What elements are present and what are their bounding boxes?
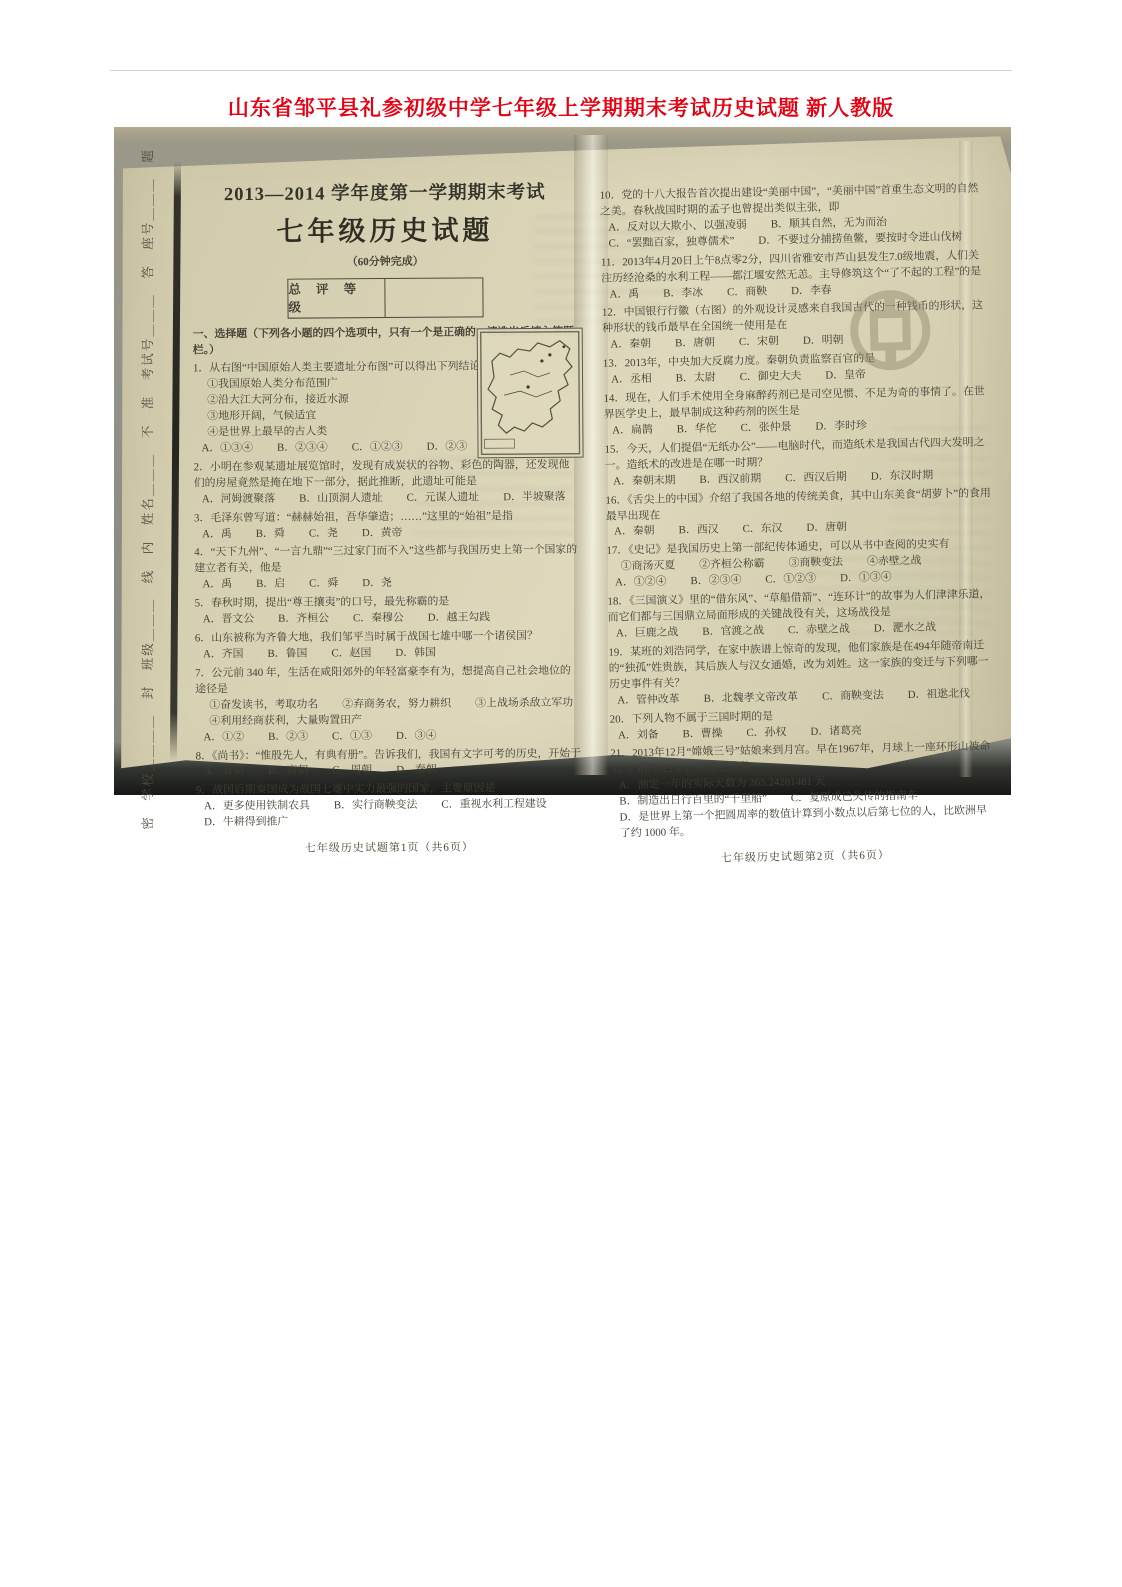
question-option: C．尧 (309, 526, 338, 542)
page2-footer: 七年级历史试题第2页（共6页） (612, 845, 998, 868)
question-option: B．唐朝 (675, 336, 715, 353)
question-option: B．商朝 (268, 764, 308, 780)
question-options: A．禹B．启C．舜D．尧 (194, 575, 580, 594)
question-option: C．商鞅 (727, 284, 767, 301)
question-option: B．鲁国 (267, 647, 307, 663)
china-map-figure (477, 328, 584, 459)
question-option: D．祖逖北伐 (908, 686, 971, 703)
question: 8．《尚书》：“惟殷先人，有典有册”。告诉我们，我国有文字可考的历史，开始于A．… (196, 746, 582, 781)
question-option: A．禹 (202, 527, 232, 543)
question-option: B．太尉 (676, 371, 716, 388)
page-1: 2013—2014 学年度第一学期期末考试 七年级历史试题 （60分钟完成） 总… (192, 180, 583, 858)
question-option: B．②③ (268, 729, 308, 745)
question: 2．小明在参观某遗址展览馆时，发现有成炭状的谷物、彩色的陶器，还发现他们的房屋竟… (194, 457, 580, 507)
question-option: D．东汉时期 (871, 468, 934, 485)
question-option: D．牛耕得到推广 (204, 815, 288, 832)
question-option: C．秦穆公 (353, 611, 404, 627)
question-subitem: ③上战场杀敌立军功 (475, 695, 573, 712)
question-option: A．河姆渡聚落 (202, 491, 275, 507)
question-option: D．越王勾践 (428, 610, 490, 626)
question: 18．《三国演义》里的“借东风”、“草船借箭”、“连环计”的故事为人们津津乐道，… (607, 587, 994, 642)
question-options: A．河姆渡聚落B．山顶洞人遗址C．元谋人遗址D．半坡聚落 (194, 489, 580, 508)
question-option: A．①② (203, 730, 244, 746)
question-option: C．孙权 (746, 725, 786, 742)
question-option: C．①②③ (352, 440, 403, 456)
question-option: A．①③④ (201, 441, 253, 457)
question-option: A．管仲改革 (617, 692, 680, 709)
question-option: D．淝水之战 (874, 620, 937, 637)
question: 20．下列人物不属于三国时期的是A．刘备B．曹操C．孙权D．诸葛亮 (610, 705, 997, 744)
time-limit-note: （60分钟完成） (192, 253, 578, 272)
question-option: D．李时珍 (815, 419, 867, 436)
question-option: D．③④ (396, 728, 437, 744)
question: 6．山东被称为齐鲁大地，我们邹平当时属于战国七雄中哪一个诸侯国？A．齐国B．鲁国… (195, 629, 581, 664)
question: 16．《舌尖上的中国》介绍了我国各地的传统美食，其中山东美食“胡萝卜”的食用最早… (605, 486, 992, 541)
question-option: C．①②③ (765, 572, 816, 589)
question: 19．某班的刘浩同学，在家中族谱上惊奇的发现，他们家族是在494年随帝南迁的“独… (608, 638, 995, 709)
question-option: A．秦朝 (610, 337, 651, 354)
question-option: C．宋朝 (739, 335, 779, 352)
question-option: B．齐桓公 (278, 612, 329, 628)
question-subitem: ④赤壁之战 (867, 554, 922, 571)
question-text: 8．《尚书》：“惟殷先人，有典有册”。告诉我们，我国有文字可考的历史，开始于 (196, 746, 582, 765)
question-subitem: ②弃商务农，努力耕织 (342, 696, 451, 713)
question-subitem: ②齐桓公称霸 (699, 557, 765, 574)
china-map-icon (480, 331, 581, 456)
question-option: B．舜 (256, 526, 285, 542)
question-option: C．“罢黜百家，独尊儒术” (608, 234, 734, 252)
question-option: A．丞相 (611, 372, 652, 389)
question-option: B．西汉前期 (699, 471, 761, 488)
question-subitem: ③商鞅变法 (788, 555, 843, 572)
question-option: A．夏朝 (204, 764, 245, 780)
question-options: A．齐国B．鲁国C．赵国D．韩国 (195, 645, 581, 664)
question-text: 19．某班的刘浩同学，在家中族谱上惊奇的发现，他们家族是在494年随帝南迁的“独… (608, 638, 995, 693)
question-option: B．西汉 (679, 523, 719, 540)
question-options: A．更多使用铁制农具B．实行商鞅变法C．重视水利工程建设D．牛耕得到推广 (196, 797, 582, 832)
question-option: D．唐朝 (806, 521, 847, 538)
question-options: A．夏朝B．商朝C．周朝D．秦朝 (196, 762, 582, 781)
question-option: A．秦朝 (614, 524, 655, 541)
question-option: A．扁鹊 (612, 423, 653, 440)
question-option: B．启 (256, 577, 285, 593)
question: 5．春秋时期，提出“尊王攘夷”的口号，最先称霸的是A．晋文公B．齐桓公C．秦穆公… (195, 594, 581, 629)
question-options: A．①②B．②③C．①③D．③④ (195, 727, 581, 746)
question-option: B．曹操 (682, 726, 722, 743)
question-options: A．反对以大欺小、以强凌弱B．顺其自然，无为而治C．“罢黜百家，独尊儒术”D．不… (600, 213, 987, 252)
question-option: B．②③④ (690, 573, 741, 590)
question-option: C．西汉后期 (785, 470, 847, 487)
question: 7．公元前 340 年，生活在咸阳郊外的年轻富豪李有为，想提高自己社会地位的途径… (195, 664, 582, 746)
question-option: D．韩国 (395, 646, 436, 662)
question-options: A．晋文公B．齐桓公C．秦穆公D．越王勾践 (195, 610, 581, 629)
question-option: A．齐国 (203, 647, 244, 663)
question: 15．今天，人们提倡“无纸办公”——电脑时代，而造纸术是我国古代四大发明之一。造… (604, 435, 991, 490)
question-option: B．山顶洞人遗址 (299, 491, 383, 508)
question-option: A．①②④ (615, 575, 667, 592)
question-option: B．实行商鞅变法 (334, 798, 418, 815)
page1-footer: 七年级历史试题第1页（共6页） (196, 839, 582, 858)
question-option: C．御史大夫 (740, 369, 802, 386)
question: 17．《史记》是我国历史上第一部纪传体通史，可以从书中查阅的史实有①商汤灭夏②齐… (606, 537, 993, 592)
question-option: D．不要过分捕捞鱼鳖，要按时令进山伐树 (758, 230, 962, 250)
exam-title: 七年级历史试题 (192, 211, 578, 253)
question-option: C．商鞅变法 (822, 688, 884, 705)
question-options: A．测定一年的实际天数为 365.24281481 天B．制造出日行百里的“千里… (611, 772, 998, 843)
question-option: D．是世界上第一个把圆周率的数值计算到小数点以后第七位的人，比欧洲早了约 100… (619, 803, 998, 842)
question-text: 7．公元前 340 年，生活在咸阳郊外的年轻富豪李有为，想提高自己社会地位的途径… (195, 664, 581, 699)
bank-of-china-logo-icon (844, 284, 936, 370)
question-text: 4．“天下九州”、“一言九鼎”“三过家门而不入”这些都与我国历史上第一个国家的建… (194, 543, 580, 578)
question-subitem: ④利用经商获利，大量购置田产 (209, 713, 362, 730)
overall-grade-box: 总 评 等 级 (287, 278, 483, 319)
exam-session-line: 2013—2014 学年度第一学期期末考试 (192, 180, 578, 210)
question: 10．党的十八大报告首次提出建设“美丽中国”，“美丽中国”首重生态文明的自然之美… (600, 181, 987, 252)
question-option: C．①③ (332, 729, 372, 745)
question-option: B．李冰 (663, 285, 703, 302)
question-text: 6．山东被称为齐鲁大地，我们邹平当时属于战国七雄中哪一个诸侯国？ (195, 629, 581, 648)
question-option: D．尧 (362, 576, 392, 592)
question-option: D．黄帝 (362, 525, 403, 541)
question: 21．2013年12月“嫦娥三号”姑娘来到月宫。早在1967年，月球上一座环形山… (610, 740, 998, 843)
question-option: A．秦朝末期 (613, 473, 676, 490)
question-option: C．舜 (309, 577, 338, 593)
question-text: 2．小明在参观某遗址展览馆时，发现有成炭状的谷物、彩色的陶器，还发现他们的房屋竟… (194, 457, 580, 492)
question-option: D．明朝 (803, 333, 844, 350)
question-option: A．刘备 (618, 727, 659, 744)
question-option: B．②③④ (277, 440, 328, 456)
question-option: D．半坡聚落 (503, 489, 565, 505)
question-option: B．华佗 (677, 421, 717, 438)
question: 14．现在，人们手术使用全身麻醉药剂已是司空见惯、不足为奇的事情了。在世界医学史… (603, 384, 990, 439)
question-option: D．诸葛亮 (810, 723, 862, 740)
question-option: A．禹 (609, 287, 639, 303)
question-option: C．重视水利工程建设 (441, 797, 546, 814)
question: 9．战国后期秦国成为战国七雄中实力最强的国家，主要原因是A．更多使用铁制农具B．… (196, 781, 582, 831)
question-option: A．晋文公 (203, 612, 255, 628)
question-option: A．巨鹿之战 (616, 625, 679, 642)
question-subitem: ①奋发读书，考取功名 (209, 697, 318, 714)
question: 4．“天下九州”、“一言九鼎”“三过家门而不入”这些都与我国历史上第一个国家的建… (194, 543, 580, 593)
question-option: B．官渡之战 (702, 624, 764, 641)
question-option: A．禹 (202, 577, 232, 593)
question-option: D．②③ (427, 439, 468, 455)
grade-box-blank-cell (385, 279, 482, 318)
question-option: C．元谋人遗址 (407, 490, 480, 506)
question-option: D．李春 (791, 283, 832, 300)
question: 3．毛泽东曾写道：“赫赫始祖，吾华肇造；……”这里的“始祖”是指A．禹B．舜C．… (194, 508, 580, 543)
question-subitem: ①商汤灭夏 (621, 559, 676, 576)
grade-box-label: 总 评 等 级 (288, 279, 385, 318)
question-option: A．更多使用铁制农具 (204, 799, 310, 816)
question-subitems: ①奋发读书，考取功名②弃商务农，努力耕织③上战场杀敌立军功④利用经商获利，大量购… (195, 695, 581, 730)
question-option: C．周朝 (332, 764, 372, 780)
question-option: D．秦朝 (396, 763, 437, 779)
sealed-margin: 密 学校＿＿＿＿ 封 班级＿＿＿ 线 内 姓名＿＿＿ 不 准 考试号＿＿＿ 答 … (122, 191, 172, 787)
question-option: C．张仲景 (740, 420, 791, 437)
question-option: C．东汉 (742, 522, 782, 539)
exam-sheet-photo: 密 学校＿＿＿＿ 封 班级＿＿＿ 线 内 姓名＿＿＿ 不 准 考试号＿＿＿ 答 … (114, 127, 1011, 795)
question-option: B．北魏孝文帝改革 (704, 690, 799, 708)
questions-page2: 10．党的十八大报告首次提出建设“美丽中国”，“美丽中国”首重生态文明的自然之美… (600, 181, 998, 842)
question-option: C．赵国 (331, 646, 371, 662)
question-option: C．赤壁之战 (788, 622, 850, 639)
page-2: 10．党的十八大报告首次提出建设“美丽中国”，“美丽中国”首重生态文明的自然之美… (600, 181, 999, 868)
question-option: D．①③④ (840, 570, 892, 587)
question-options: A．禹B．舜C．尧D．黄帝 (194, 524, 580, 543)
top-divider-rule (110, 70, 1012, 71)
screenshot-root: 山东省邹平县礼参初级中学七年级上学期期末考试历史试题 新人教版 密 学校＿＿＿＿… (0, 0, 1122, 1587)
document-title: 山东省邹平县礼参初级中学七年级上学期期末考试历史试题 新人教版 (0, 92, 1122, 122)
sealed-margin-text: 密 学校＿＿＿＿ 封 班级＿＿＿ 线 内 姓名＿＿＿ 不 准 考试号＿＿＿ 答 … (138, 148, 156, 830)
